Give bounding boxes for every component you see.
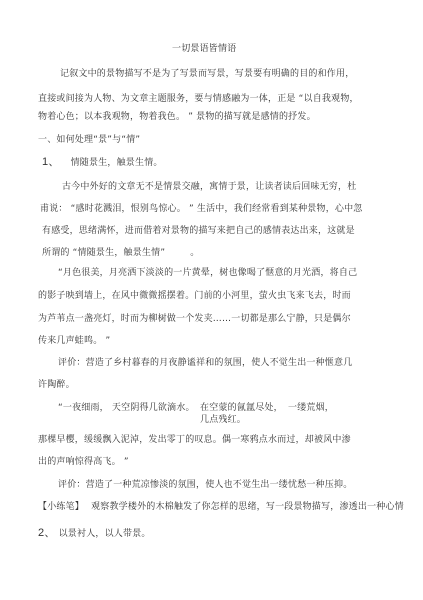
point2-heading: 2、 以景衬人，以人带景。: [38, 528, 151, 540]
example1-comment-line-2: 许陶醉。: [38, 380, 75, 391]
exercise-line: 【小练笔】 观察教学楼外的木棉触发了你怎样的思绪，写一段景物描写，渗透出一种心情: [38, 502, 404, 513]
point1-heading: 1、 情随景生，触景生情。: [42, 157, 163, 169]
intro-line-3: 物着心色；以本我观物，物着我色。 ” 景物的描写就是感情的抒发。: [38, 112, 316, 123]
point1-para-end: 。: [190, 248, 199, 258]
point1-para-line-1: 古今中外好的文章无不是情景交融，寓情于景，让读者读后回味无穷，杜: [62, 182, 356, 193]
exercise-text: 观察教学楼外的木棉触发了你怎样的思绪，写一段景物描写，渗透出一种心情: [91, 502, 404, 512]
example2-part-a: “一夜细雨， 天空阴得几欲滴水。: [58, 403, 195, 414]
example1-line-3: 为芦苇点一盏亮灯，时而为柳树做一个发夹……一切都是那么宁静，只是偶尔: [38, 314, 351, 325]
point2-number: 2、: [38, 527, 56, 539]
example2-line-2: 出的声响惊得高飞。 ”: [38, 457, 129, 468]
point1-label: 情随景生，触景生情。: [71, 158, 163, 168]
intro-line-1: 记叙文中的景物描写不是为了写景而写景，写景要有明确的目的和作用，: [60, 69, 354, 80]
example2-part-c: 一缕荒烟，: [288, 403, 334, 414]
example1-line-1: “月色很美，月亮洒下淡淡的一片黄晕，树也像喝了惬意的月光酒，将自己: [58, 268, 357, 279]
point1-para-line-3: 有感受，思绪满怀，进而借着对景物的描写来把自己的感情表达出来，这就是: [42, 226, 355, 237]
point1-para-line-4: 所谓的 “情随景生，触景生情” 。: [42, 248, 199, 259]
example1-comment-line-1: 评价：营造了乡村暮春的月夜静谧祥和的氛围，使人不觉生出一种惬意几: [58, 358, 352, 369]
point1-para-line-4-text: 所谓的 “情随景生，触景生情”: [42, 248, 165, 258]
document-page: 一切景语皆情语 记叙文中的景物描写不是为了写景而写景，写景要有明确的目的和作用，…: [0, 0, 423, 600]
example2-part-b: 在空蒙的氤氲尽处，: [200, 403, 283, 414]
section-heading: 一、如何处理“景”与“情”: [38, 135, 140, 146]
example1-line-2: 的影子映到墙上，在风中微微摇摆着。门前的小河里，萤火虫飞来飞去，时而: [38, 291, 351, 302]
example2-part-d: 几点残红。: [200, 415, 246, 426]
example2-comment: 评价：营造了一种荒凉惨淡的氛围，使人也不觉生出一缕忧愁一种压抑。: [58, 480, 352, 491]
point1-number: 1、: [42, 156, 60, 168]
intro-line-2: 直接或间接为人物、为文章主题服务，要与情感融为一体，正是 “以自我观物，: [38, 94, 359, 105]
exercise-tag: 【小练笔】: [38, 502, 84, 512]
example2-line-1: 那棵早樱，缓缓飘入泥淖，发出零丁的叹息。偶一寒鸦点水而过，却被风中渗: [38, 435, 351, 446]
example1-line-4: 传来几声蛙鸣。 ”: [38, 336, 110, 347]
point2-label: 以景衬人，以人带景。: [59, 529, 151, 539]
point1-para-line-2: 甫说： “感时花溅泪，恨别鸟惊心。 ” 生活中，我们经常看到某种景物，心中忽: [40, 204, 363, 215]
document-title: 一切景语皆情语: [172, 44, 236, 55]
